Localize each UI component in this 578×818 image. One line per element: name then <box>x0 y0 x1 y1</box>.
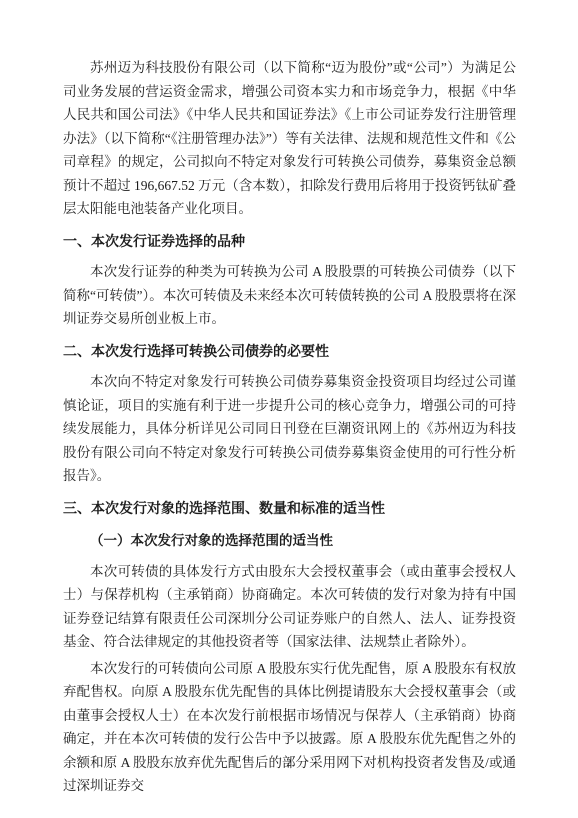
page-number: 2 <box>0 758 578 769</box>
section2-heading: 二、本次发行选择可转换公司债券的必要性 <box>63 340 516 364</box>
section3-heading: 三、本次发行对象的选择范围、数量和标准的适当性 <box>63 497 516 521</box>
section1-heading: 一、本次发行证券选择的品种 <box>63 230 516 254</box>
section3-paragraph-1: 本次可转债的具体发行方式由股东大会授权董事会（或由董事会授权人士）与保荐机构（主… <box>63 560 516 654</box>
section3-paragraph-2: 本次发行的可转债向公司原 A 股股东实行优先配售，原 A 股股东有权放弃配售权。… <box>63 657 516 798</box>
section2-paragraph: 本次向不特定对象发行可转换公司债券募集资金投资项目均经过公司谨慎论证，项目的实施… <box>63 370 516 488</box>
document-page: 苏州迈为科技股份有限公司（以下简称“迈为股份”或“公司”）为满足公司业务发展的营… <box>63 56 516 801</box>
intro-paragraph: 苏州迈为科技股份有限公司（以下简称“迈为股份”或“公司”）为满足公司业务发展的营… <box>63 56 516 221</box>
section3-subheading-1: （一）本次发行对象的选择范围的适当性 <box>63 529 516 553</box>
section1-paragraph: 本次发行证券的种类为可转换为公司 A 股股票的可转换公司债券（以下简称“可转债”… <box>63 260 516 331</box>
